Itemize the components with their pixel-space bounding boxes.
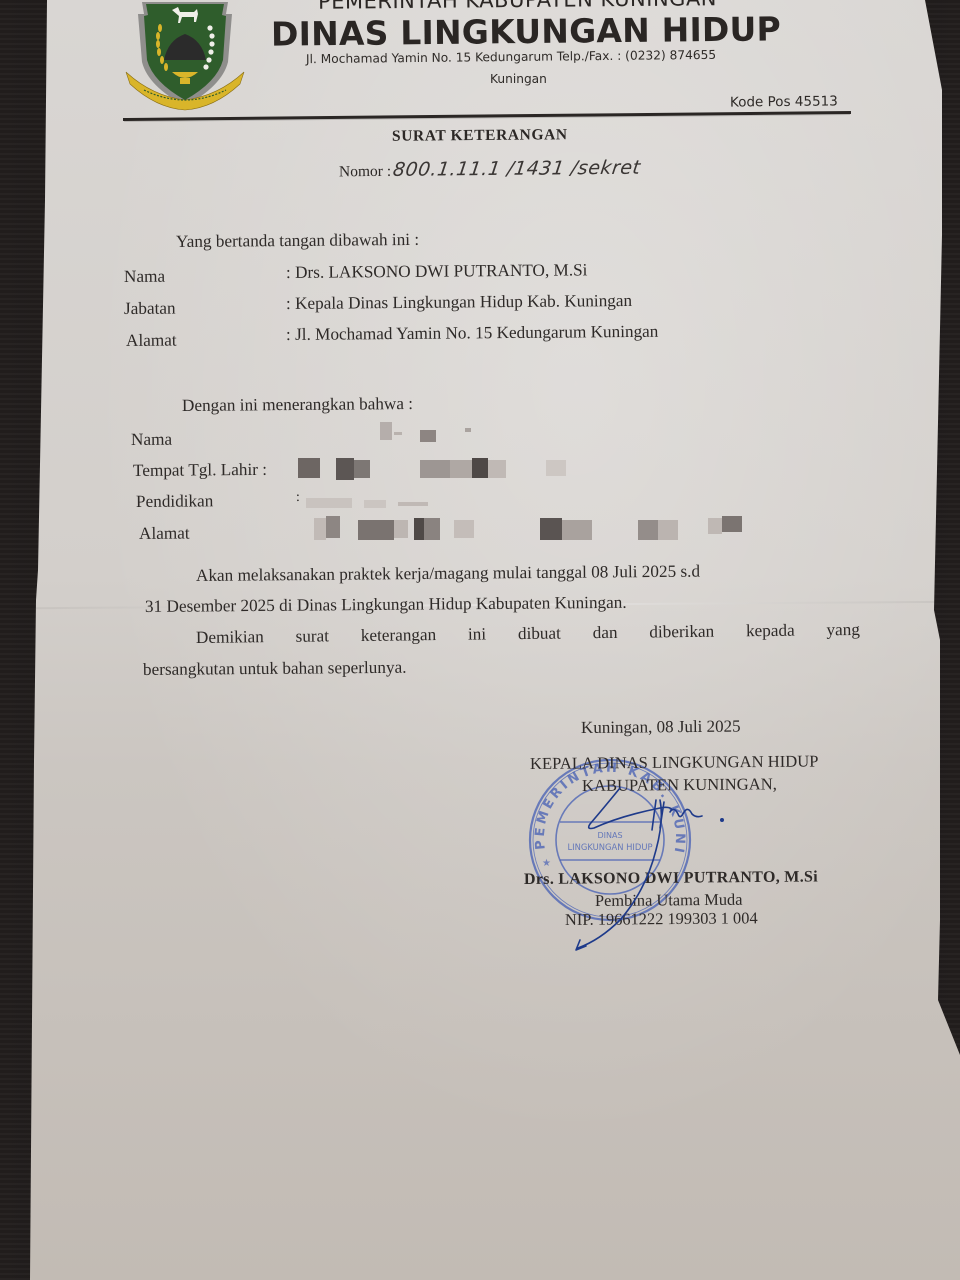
signatory-position-label: Jabatan [124, 299, 176, 319]
subject-intro: Dengan ini menerangkan bahwa : [182, 394, 413, 416]
word: yang [826, 620, 860, 640]
signatory-address-label: Alamat [126, 331, 177, 351]
subject-address-label: Alamat [139, 524, 190, 544]
signatory-name-label: Nama [124, 267, 165, 287]
letter-paper: PEMERINTAH KABUPATEN KUNINGAN DINAS LING… [0, 0, 960, 1280]
word: keterangan [361, 625, 437, 646]
word: dibuat [518, 624, 561, 645]
document-number: Nomor : 800.1.11.1 /1431 /sekret [339, 157, 641, 182]
body-paragraph-1-line-1: Akan melaksanakan praktek kerja/magang m… [196, 562, 700, 586]
subject-education-label: Pendidikan [136, 491, 214, 512]
word: surat [295, 626, 329, 646]
document-number-handwritten: 800.1.11.1 /1431 /sekret [392, 157, 642, 181]
word: ini [468, 624, 486, 644]
signatory-intro: Yang bertanda tangan dibawah ini : [176, 230, 419, 252]
handwritten-signature-icon [560, 770, 740, 960]
signatory-position-value: : Kepala Dinas Lingkungan Hidup Kab. Kun… [286, 291, 632, 314]
document-number-label: Nomor : [339, 163, 391, 181]
body-paragraph-2-line-2: bersangkutan untuk bahan seperlunya. [143, 658, 407, 680]
body-paragraph-1-line-2: 31 Desember 2025 di Dinas Lingkungan Hid… [145, 593, 627, 617]
letterhead-postal-code: Kode Pos 45513 [730, 93, 838, 110]
subject-education-colon: : [296, 490, 300, 506]
svg-text:★: ★ [542, 858, 551, 869]
closing-place-date: Kuningan, 08 Juli 2025 [581, 717, 741, 738]
coat-of-arms-logo-icon [122, 0, 248, 116]
document-title: SURAT KETERANGAN [392, 126, 568, 146]
word: diberikan [649, 622, 714, 643]
signatory-address-value: : Jl. Mochamad Yamin No. 15 Kedungarum K… [286, 322, 659, 345]
subject-name-label: Nama [131, 430, 172, 450]
letterhead-address: Jl. Mochamad Yamin No. 15 Kedungarum Tel… [306, 48, 716, 66]
word: kepada [746, 621, 795, 642]
word: dan [593, 623, 618, 643]
letterhead-city: Kuningan [490, 72, 547, 86]
signatory-name-value: : Drs. LAKSONO DWI PUTRANTO, M.Si [286, 260, 588, 283]
body-paragraph-2-line-1: Demikian surat keterangan ini dibuat dan… [196, 620, 860, 648]
word: Demikian [196, 627, 264, 648]
subject-birth-label: Tempat Tgl. Lahir : [133, 460, 267, 481]
